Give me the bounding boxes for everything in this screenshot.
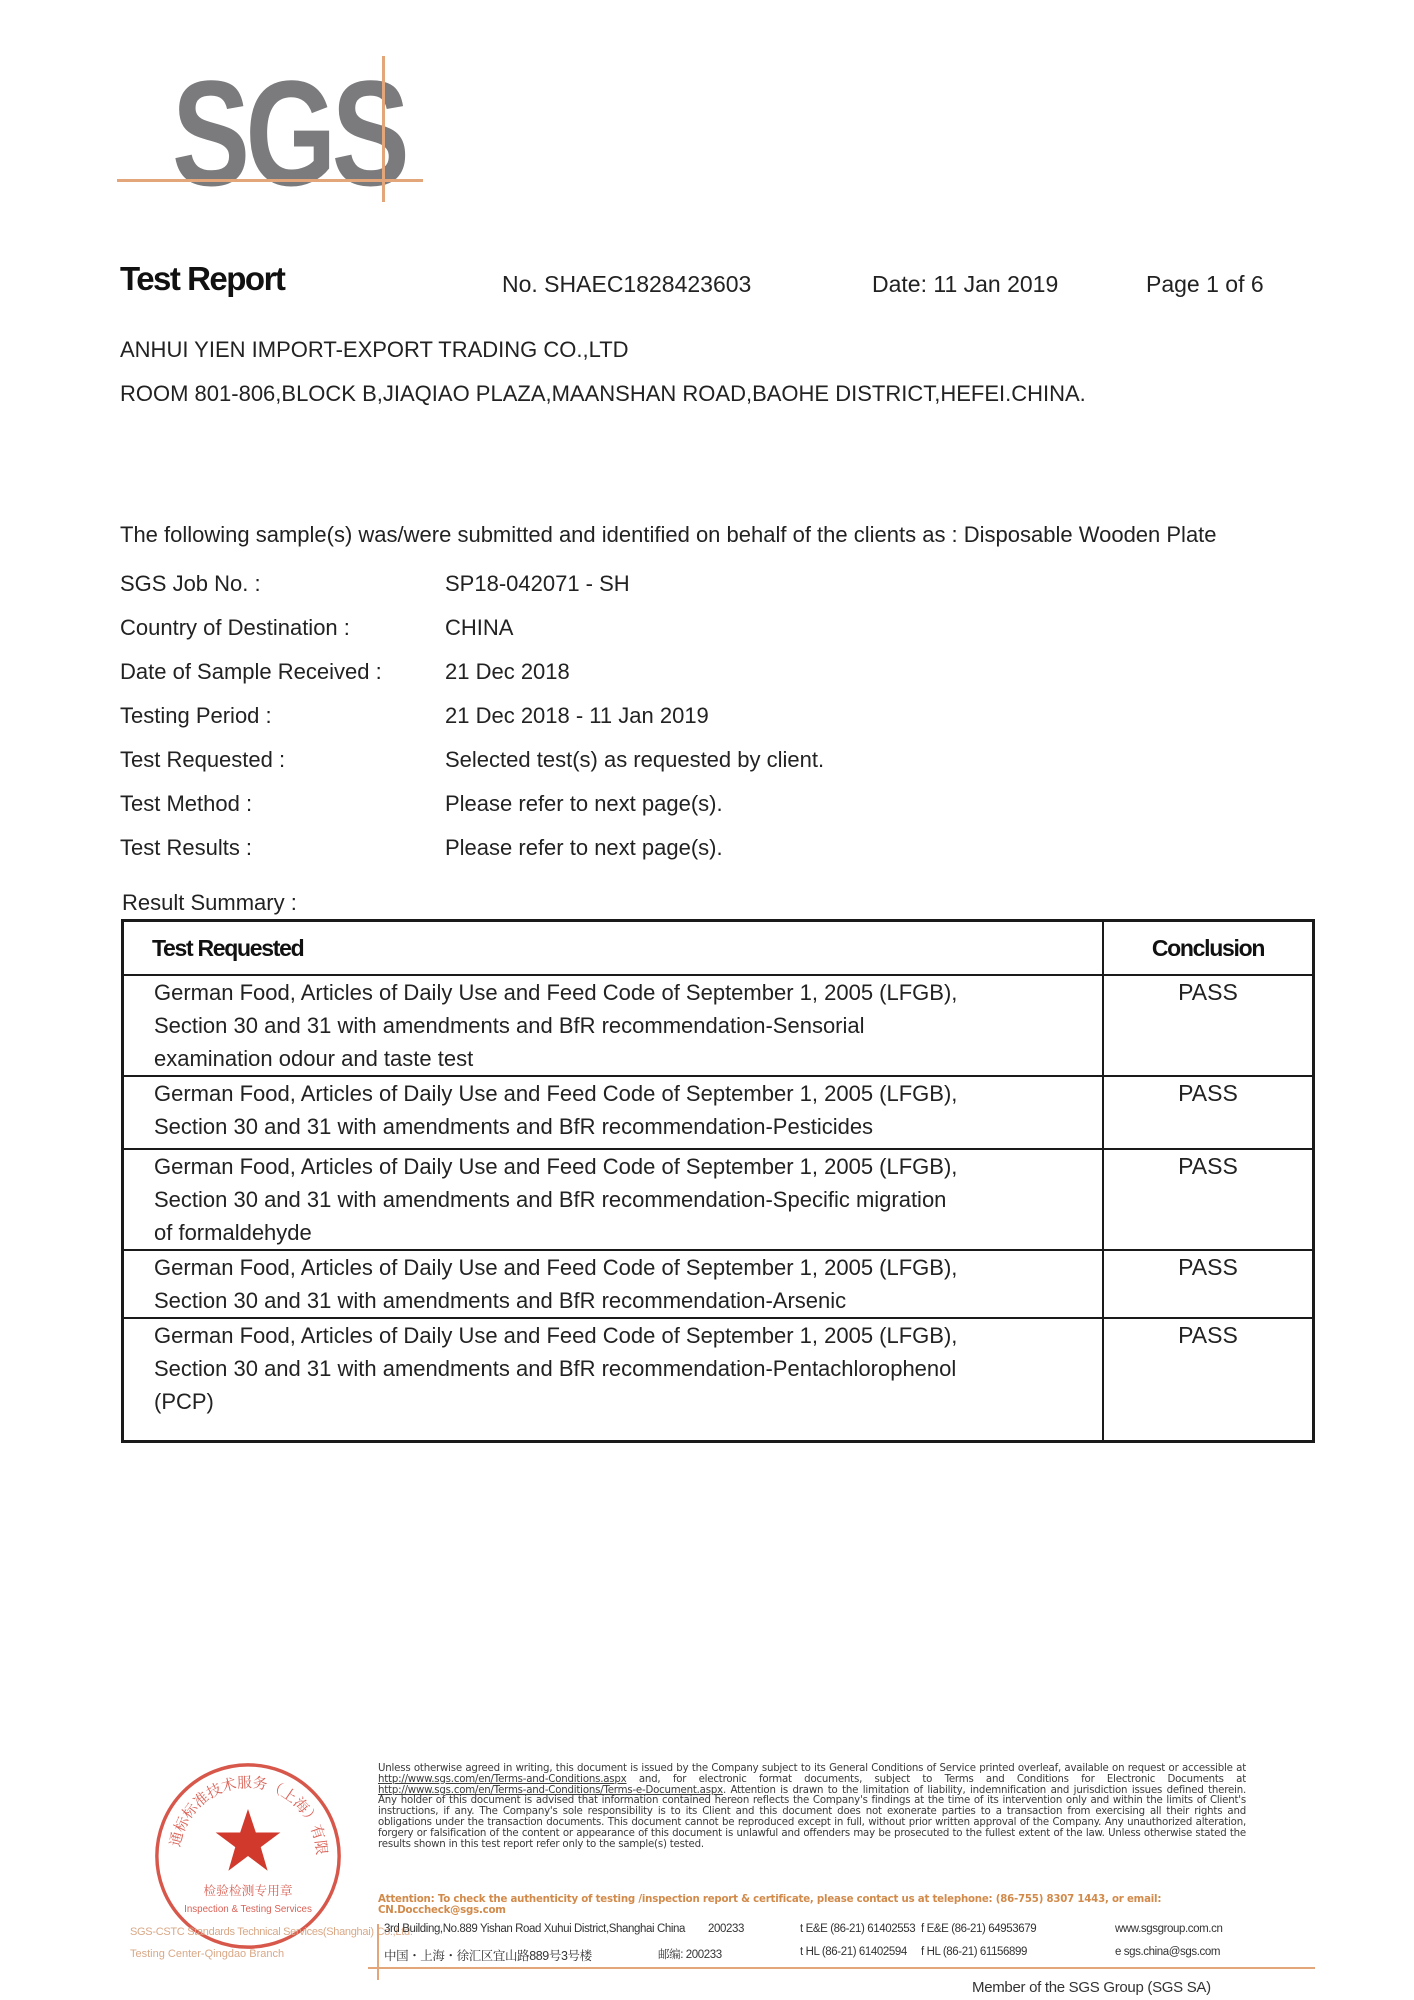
info-value-testing-period: 21 Dec 2018 - 11 Jan 2019	[445, 703, 709, 729]
info-label-test-method: Test Method :	[120, 791, 252, 817]
column-header-test-requested: Test Requested	[123, 921, 1104, 976]
test-requested-cell: German Food, Articles of Daily Use and F…	[123, 1250, 1104, 1318]
result-summary-table: Test Requested Conclusion German Food, A…	[121, 919, 1315, 1443]
test-description-line: Section 30 and 31 with amendments and Bf…	[154, 1009, 1092, 1042]
info-label-destination: Country of Destination :	[120, 615, 350, 641]
footer-vertical-line	[377, 1924, 379, 1980]
test-requested-cell: German Food, Articles of Daily Use and F…	[123, 975, 1104, 1076]
logo-vertical-line	[382, 56, 385, 202]
test-requested-cell: German Food, Articles of Daily Use and F…	[123, 1318, 1104, 1441]
conclusion-cell: PASS	[1103, 1076, 1314, 1149]
postal-code-cn: 邮编: 200233	[658, 1946, 722, 1962]
test-description-line: Section 30 and 31 with amendments and Bf…	[154, 1110, 1092, 1143]
test-description-line: German Food, Articles of Daily Use and F…	[154, 1319, 1092, 1352]
star-icon	[216, 1809, 281, 1871]
office-address-en: 3rd Building,No.889 Yishan Road Xuhui Di…	[384, 1923, 685, 1935]
terms-link[interactable]: http://www.sgs.com/en/Terms-and-Conditio…	[378, 1774, 627, 1785]
sgs-group-membership: Member of the SGS Group (SGS SA)	[972, 1979, 1211, 1996]
test-description-line: German Food, Articles of Daily Use and F…	[154, 1077, 1092, 1110]
client-address: ROOM 801-806,BLOCK B,JIAQIAO PLAZA,MAANS…	[120, 381, 1086, 407]
fax-hl: f HL (86-21) 61156899	[921, 1946, 1027, 1958]
test-description-line: German Food, Articles of Daily Use and F…	[154, 1251, 1092, 1284]
office-address-cn: 中国・上海・徐汇区宜山路889号3号楼	[384, 1946, 592, 1964]
info-value-destination: CHINA	[445, 615, 513, 641]
conclusion-cell: PASS	[1103, 975, 1314, 1076]
info-value-test-requested: Selected test(s) as requested by client.	[445, 747, 824, 773]
info-value-test-results: Please refer to next page(s).	[445, 835, 723, 861]
svg-text:Inspection & Testing Services: Inspection & Testing Services	[184, 1904, 312, 1915]
table-header-row: Test Requested Conclusion	[123, 921, 1314, 976]
test-description-line: Section 30 and 31 with amendments and Bf…	[154, 1284, 1092, 1317]
info-value-job-no: SP18-042071 - SH	[445, 571, 630, 597]
test-description-line: of formaldehyde	[154, 1216, 1092, 1249]
conclusion-cell: PASS	[1103, 1149, 1314, 1250]
logo-horizontal-line	[117, 179, 423, 182]
report-number: No. SHAEC1828423603	[502, 271, 751, 298]
stamp-caption-company: SGS-CSTC Standards Technical Services(Sh…	[130, 1926, 413, 1938]
legal-disclaimer: Unless otherwise agreed in writing, this…	[378, 1764, 1246, 1850]
table-row: German Food, Articles of Daily Use and F…	[123, 1076, 1314, 1149]
info-value-received: 21 Dec 2018	[445, 659, 570, 685]
report-title: Test Report	[120, 260, 284, 298]
info-label-testing-period: Testing Period :	[120, 703, 272, 729]
authenticity-notice: Attention: To check the authenticity of …	[378, 1894, 1246, 1916]
sample-description: The following sample(s) was/were submitt…	[120, 522, 1217, 548]
info-label-received: Date of Sample Received :	[120, 659, 382, 685]
client-name: ANHUI YIEN IMPORT-EXPORT TRADING CO.,LTD	[120, 337, 629, 363]
test-requested-cell: German Food, Articles of Daily Use and F…	[123, 1076, 1104, 1149]
conclusion-cell: PASS	[1103, 1318, 1314, 1441]
result-summary-label: Result Summary :	[122, 890, 297, 916]
table-row: German Food, Articles of Daily Use and F…	[123, 975, 1314, 1076]
test-description-line: German Food, Articles of Daily Use and F…	[154, 1150, 1092, 1183]
website-link[interactable]: www.sgsgroup.com.cn	[1115, 1923, 1222, 1935]
postal-code-en: 200233	[708, 1923, 744, 1935]
sgs-logo: SGS	[172, 58, 405, 208]
report-date: Date: 11 Jan 2019	[872, 271, 1058, 298]
table-row: German Food, Articles of Daily Use and F…	[123, 1149, 1314, 1250]
telephone-ee: t E&E (86-21) 61402553	[800, 1923, 915, 1935]
table-row: German Food, Articles of Daily Use and F…	[123, 1250, 1314, 1318]
disclaimer-text: and, for electronic format documents, su…	[627, 1774, 1247, 1785]
company-seal-stamp: 通标标准技术服务（上海）有限公司 检验检测专用章 Inspection & Te…	[150, 1758, 346, 1954]
column-header-conclusion: Conclusion	[1103, 921, 1314, 976]
test-requested-cell: German Food, Articles of Daily Use and F…	[123, 1149, 1104, 1250]
footer-horizontal-line	[368, 1967, 1315, 1969]
test-description-line: (PCP)	[154, 1385, 1092, 1418]
fax-ee: f E&E (86-21) 64953679	[921, 1923, 1036, 1935]
test-description-line: Section 30 and 31 with amendments and Bf…	[154, 1352, 1092, 1385]
info-value-test-method: Please refer to next page(s).	[445, 791, 723, 817]
info-label-test-requested: Test Requested :	[120, 747, 285, 773]
svg-text:检验检测专用章: 检验检测专用章	[203, 1883, 292, 1899]
stamp-caption-center: Testing Center-Qingdao Branch	[130, 1948, 284, 1960]
table-row: German Food, Articles of Daily Use and F…	[123, 1318, 1314, 1441]
test-description-line: examination odour and taste test	[154, 1042, 1092, 1075]
conclusion-cell: PASS	[1103, 1250, 1314, 1318]
test-description-line: German Food, Articles of Daily Use and F…	[154, 976, 1092, 1009]
disclaimer-text: Unless otherwise agreed in writing, this…	[378, 1763, 1246, 1774]
email-link[interactable]: e sgs.china@sgs.com	[1115, 1946, 1220, 1958]
page-indicator: Page 1 of 6	[1146, 271, 1264, 298]
telephone-hl: t HL (86-21) 61402594	[800, 1946, 907, 1958]
info-label-test-results: Test Results :	[120, 835, 252, 861]
test-description-line: Section 30 and 31 with amendments and Bf…	[154, 1183, 1092, 1216]
e-document-terms-link[interactable]: http://www.sgs.com/en/Terms-and-Conditio…	[378, 1785, 723, 1796]
info-label-job-no: SGS Job No. :	[120, 571, 261, 597]
